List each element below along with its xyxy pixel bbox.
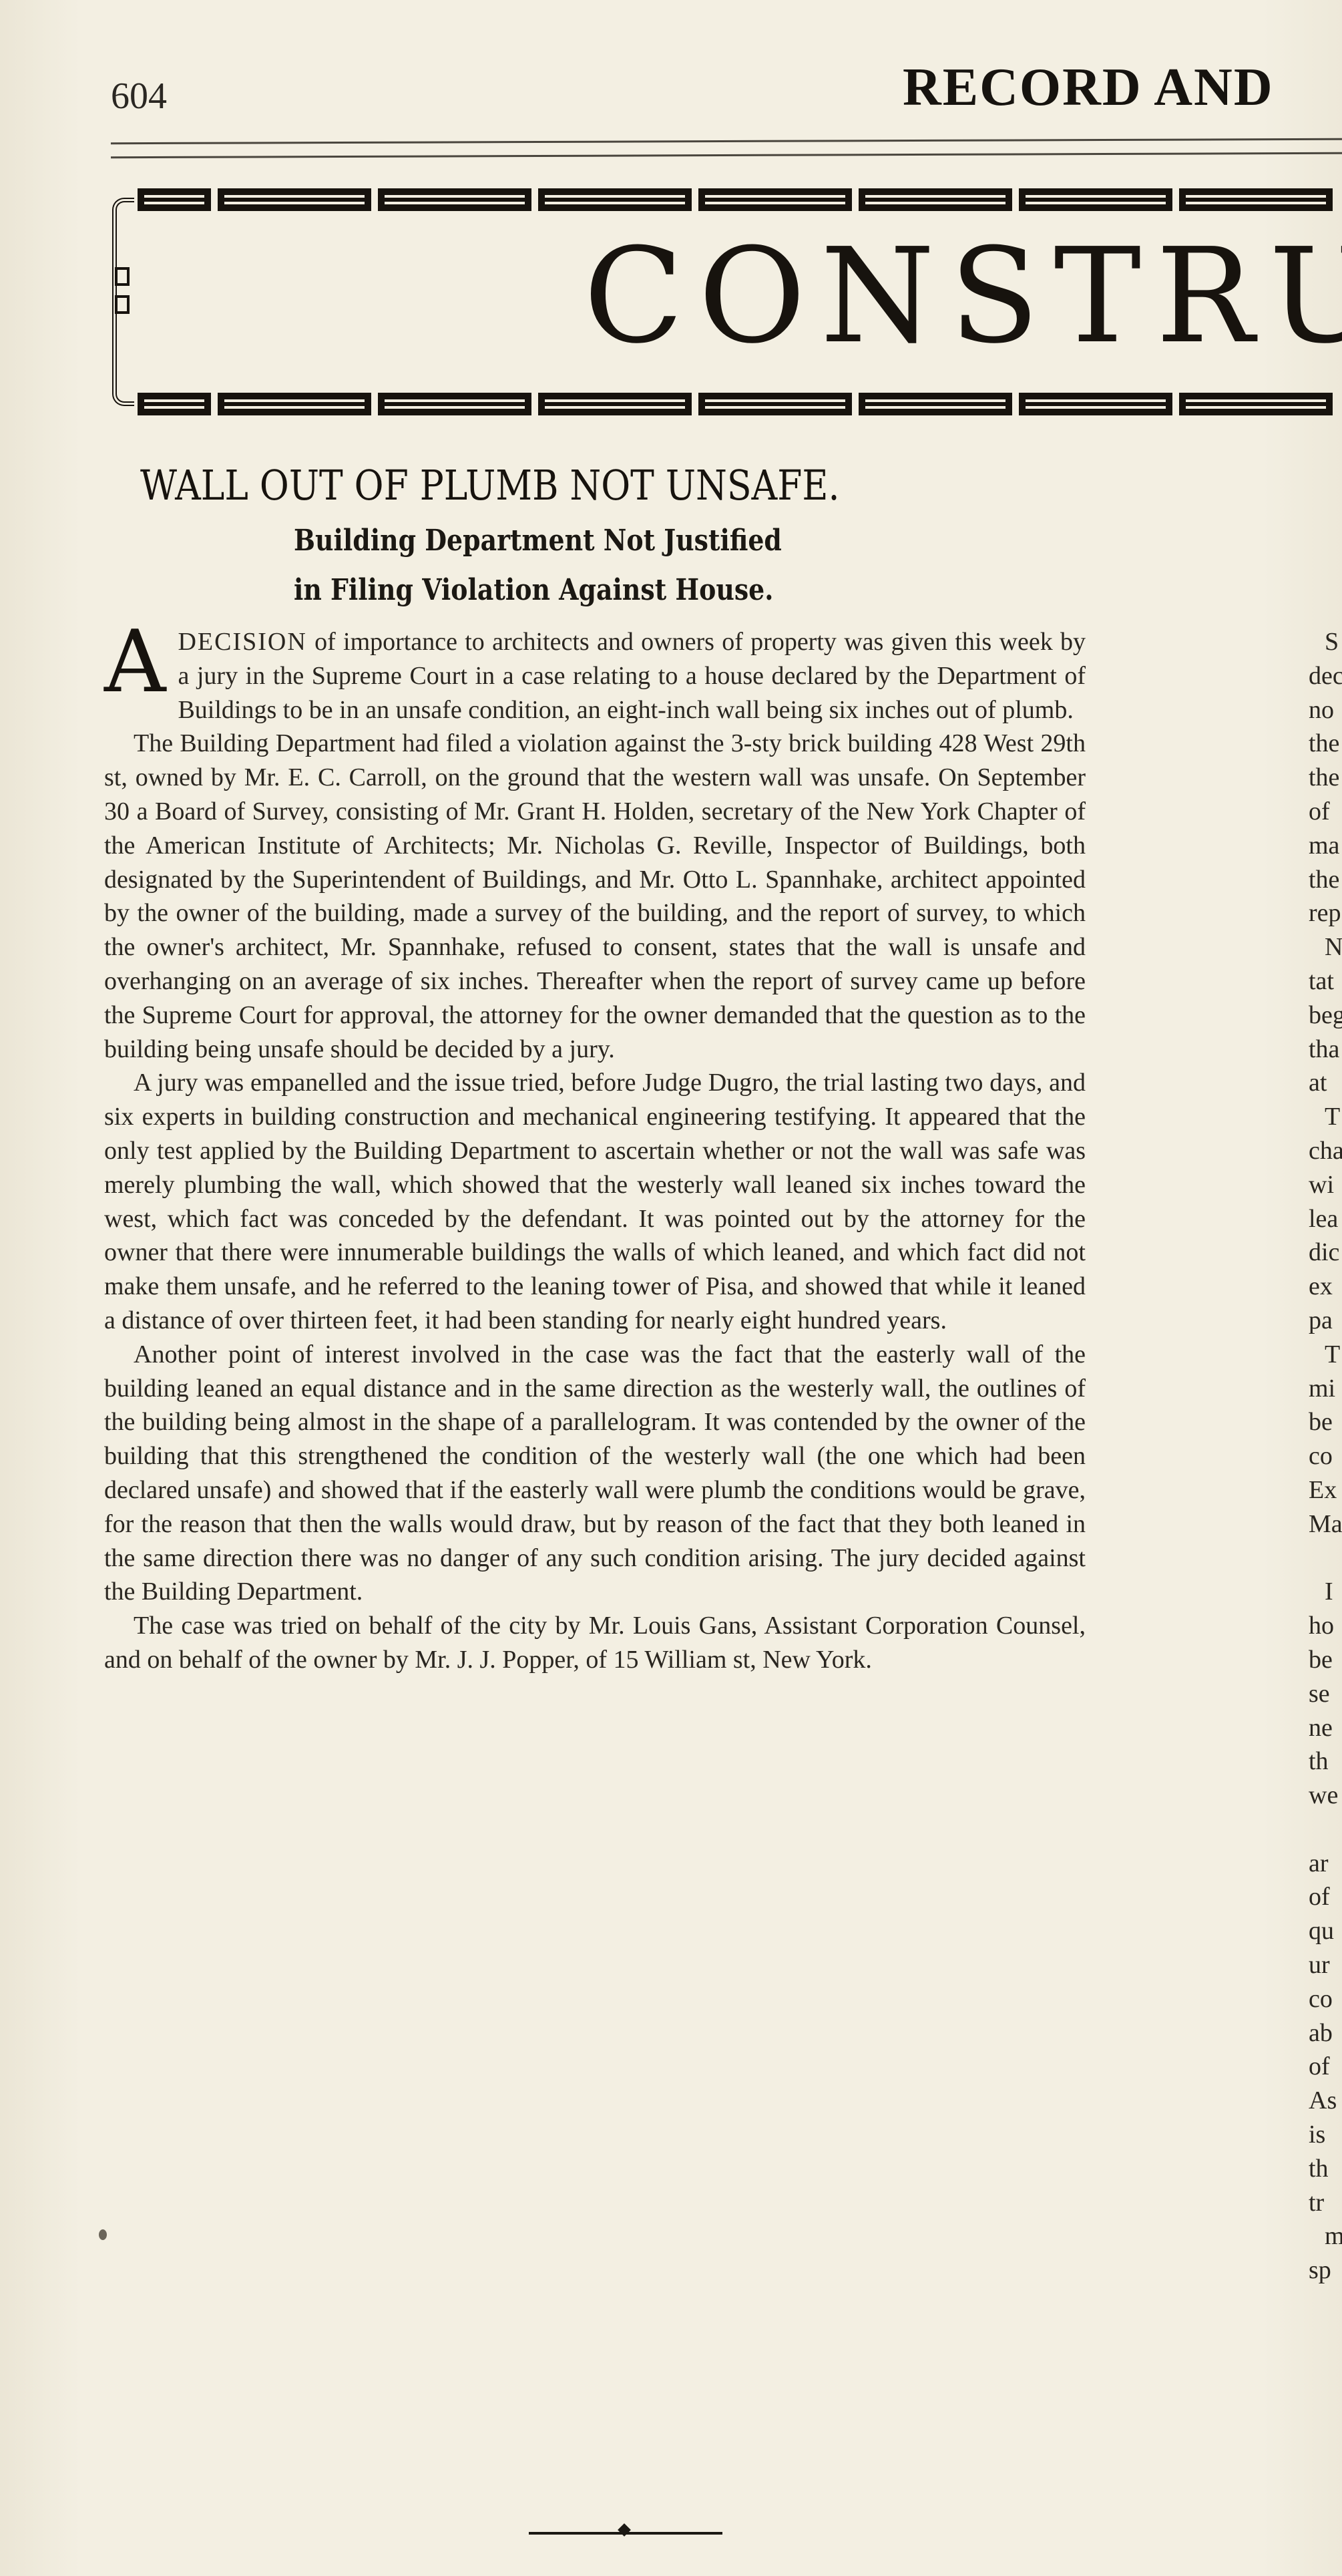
column-fragment: co — [1309, 1439, 1342, 1473]
column-fragment: we — [1309, 1779, 1342, 1813]
column-fragment: of — [1309, 1880, 1342, 1914]
article-paragraph: A jury was empanelled and the issue trie… — [104, 1066, 1086, 1337]
column-fragment: sp — [1309, 2253, 1342, 2287]
article-subhead-line-2: in Filing Violation Against House. — [294, 576, 811, 605]
section-title: CONSTRU — [584, 231, 1342, 362]
article-subhead-line-1: Building Department Not Justified — [294, 526, 811, 556]
column-fragment: Ex — [1309, 1473, 1342, 1507]
column-fragment — [1309, 1541, 1342, 1576]
column-fragment — [1309, 1813, 1342, 1847]
article-paragraph: The case was tried on behalf of the city… — [104, 1609, 1086, 1677]
column-fragment: T — [1309, 1100, 1342, 1134]
column-fragment: dec — [1309, 659, 1342, 693]
column-fragment: ar — [1309, 1847, 1342, 1881]
column-fragment: the — [1309, 863, 1342, 897]
page-number: 604 — [111, 75, 167, 118]
column-fragment: beg — [1309, 998, 1342, 1033]
end-of-article-ornament — [529, 2530, 722, 2537]
column-fragment: N — [1309, 930, 1342, 964]
article-body: ADECISION of importance to architects an… — [104, 625, 1086, 1677]
column-fragment: tha — [1309, 1033, 1342, 1067]
column-fragment: tr — [1309, 2186, 1342, 2220]
column-fragment: I — [1309, 1575, 1342, 1609]
column-fragment: T — [1309, 1338, 1342, 1372]
column-fragment: of — [1309, 795, 1342, 829]
column-fragment: dic — [1309, 1236, 1342, 1270]
lead-smallcaps: DECISION — [178, 628, 306, 656]
column-fragment: S — [1309, 625, 1342, 659]
column-fragment: ne — [1309, 1711, 1342, 1745]
column-fragment: rep — [1309, 896, 1342, 930]
column-fragment: se — [1309, 1677, 1342, 1711]
banner-top-border — [138, 188, 1342, 211]
column-fragment: of — [1309, 2050, 1342, 2084]
column-fragment: be — [1309, 1405, 1342, 1439]
banner-knot-ornament — [115, 295, 130, 314]
banner-bottom-border — [138, 393, 1342, 415]
drop-cap: A — [104, 629, 166, 696]
column-fragment: is — [1309, 2118, 1342, 2152]
column-fragment: lea — [1309, 1202, 1342, 1236]
column-fragment: the — [1309, 761, 1342, 795]
column-fragment: ur — [1309, 1948, 1342, 1982]
section-banner: CONSTRU — [111, 188, 1342, 415]
article-paragraph: The Building Department had filed a viol… — [104, 727, 1086, 1066]
column-fragment: at — [1309, 1066, 1342, 1100]
column-fragment: tat — [1309, 964, 1342, 998]
column-fragment: the — [1309, 727, 1342, 761]
column-fragment: mi — [1309, 1372, 1342, 1406]
article-headline: WALL OUT OF PLUMB NOT UNSAFE. — [140, 465, 1243, 506]
column-fragment: th — [1309, 1744, 1342, 1779]
article-paragraph: Another point of interest involved in th… — [104, 1338, 1086, 1609]
column-fragment: ab — [1309, 2016, 1342, 2050]
column-fragment: ex — [1309, 1270, 1342, 1304]
column-fragment: pa — [1309, 1304, 1342, 1338]
column-fragment: ho — [1309, 1609, 1342, 1643]
column-fragment: ma — [1309, 829, 1342, 863]
column-fragment: As — [1309, 2084, 1342, 2118]
column-fragment: wi — [1309, 1168, 1342, 1202]
column-fragment: cha — [1309, 1134, 1342, 1168]
column-fragment: be — [1309, 1643, 1342, 1677]
banner-knot-ornament — [115, 267, 130, 286]
adjacent-column-cropped: SdecnothetheofmatherepNtatbegthaatTchawi… — [1309, 625, 1342, 2287]
column-fragment: co — [1309, 1982, 1342, 2016]
column-fragment: th — [1309, 2152, 1342, 2186]
ink-blemish — [99, 2229, 107, 2240]
column-fragment: no — [1309, 693, 1342, 727]
running-head: RECORD AND — [903, 57, 1274, 118]
article-paragraph: ADECISION of importance to architects an… — [104, 625, 1086, 727]
column-fragment: Ma — [1309, 1507, 1342, 1541]
column-fragment: m — [1309, 2219, 1342, 2253]
column-fragment: qu — [1309, 1914, 1342, 1948]
